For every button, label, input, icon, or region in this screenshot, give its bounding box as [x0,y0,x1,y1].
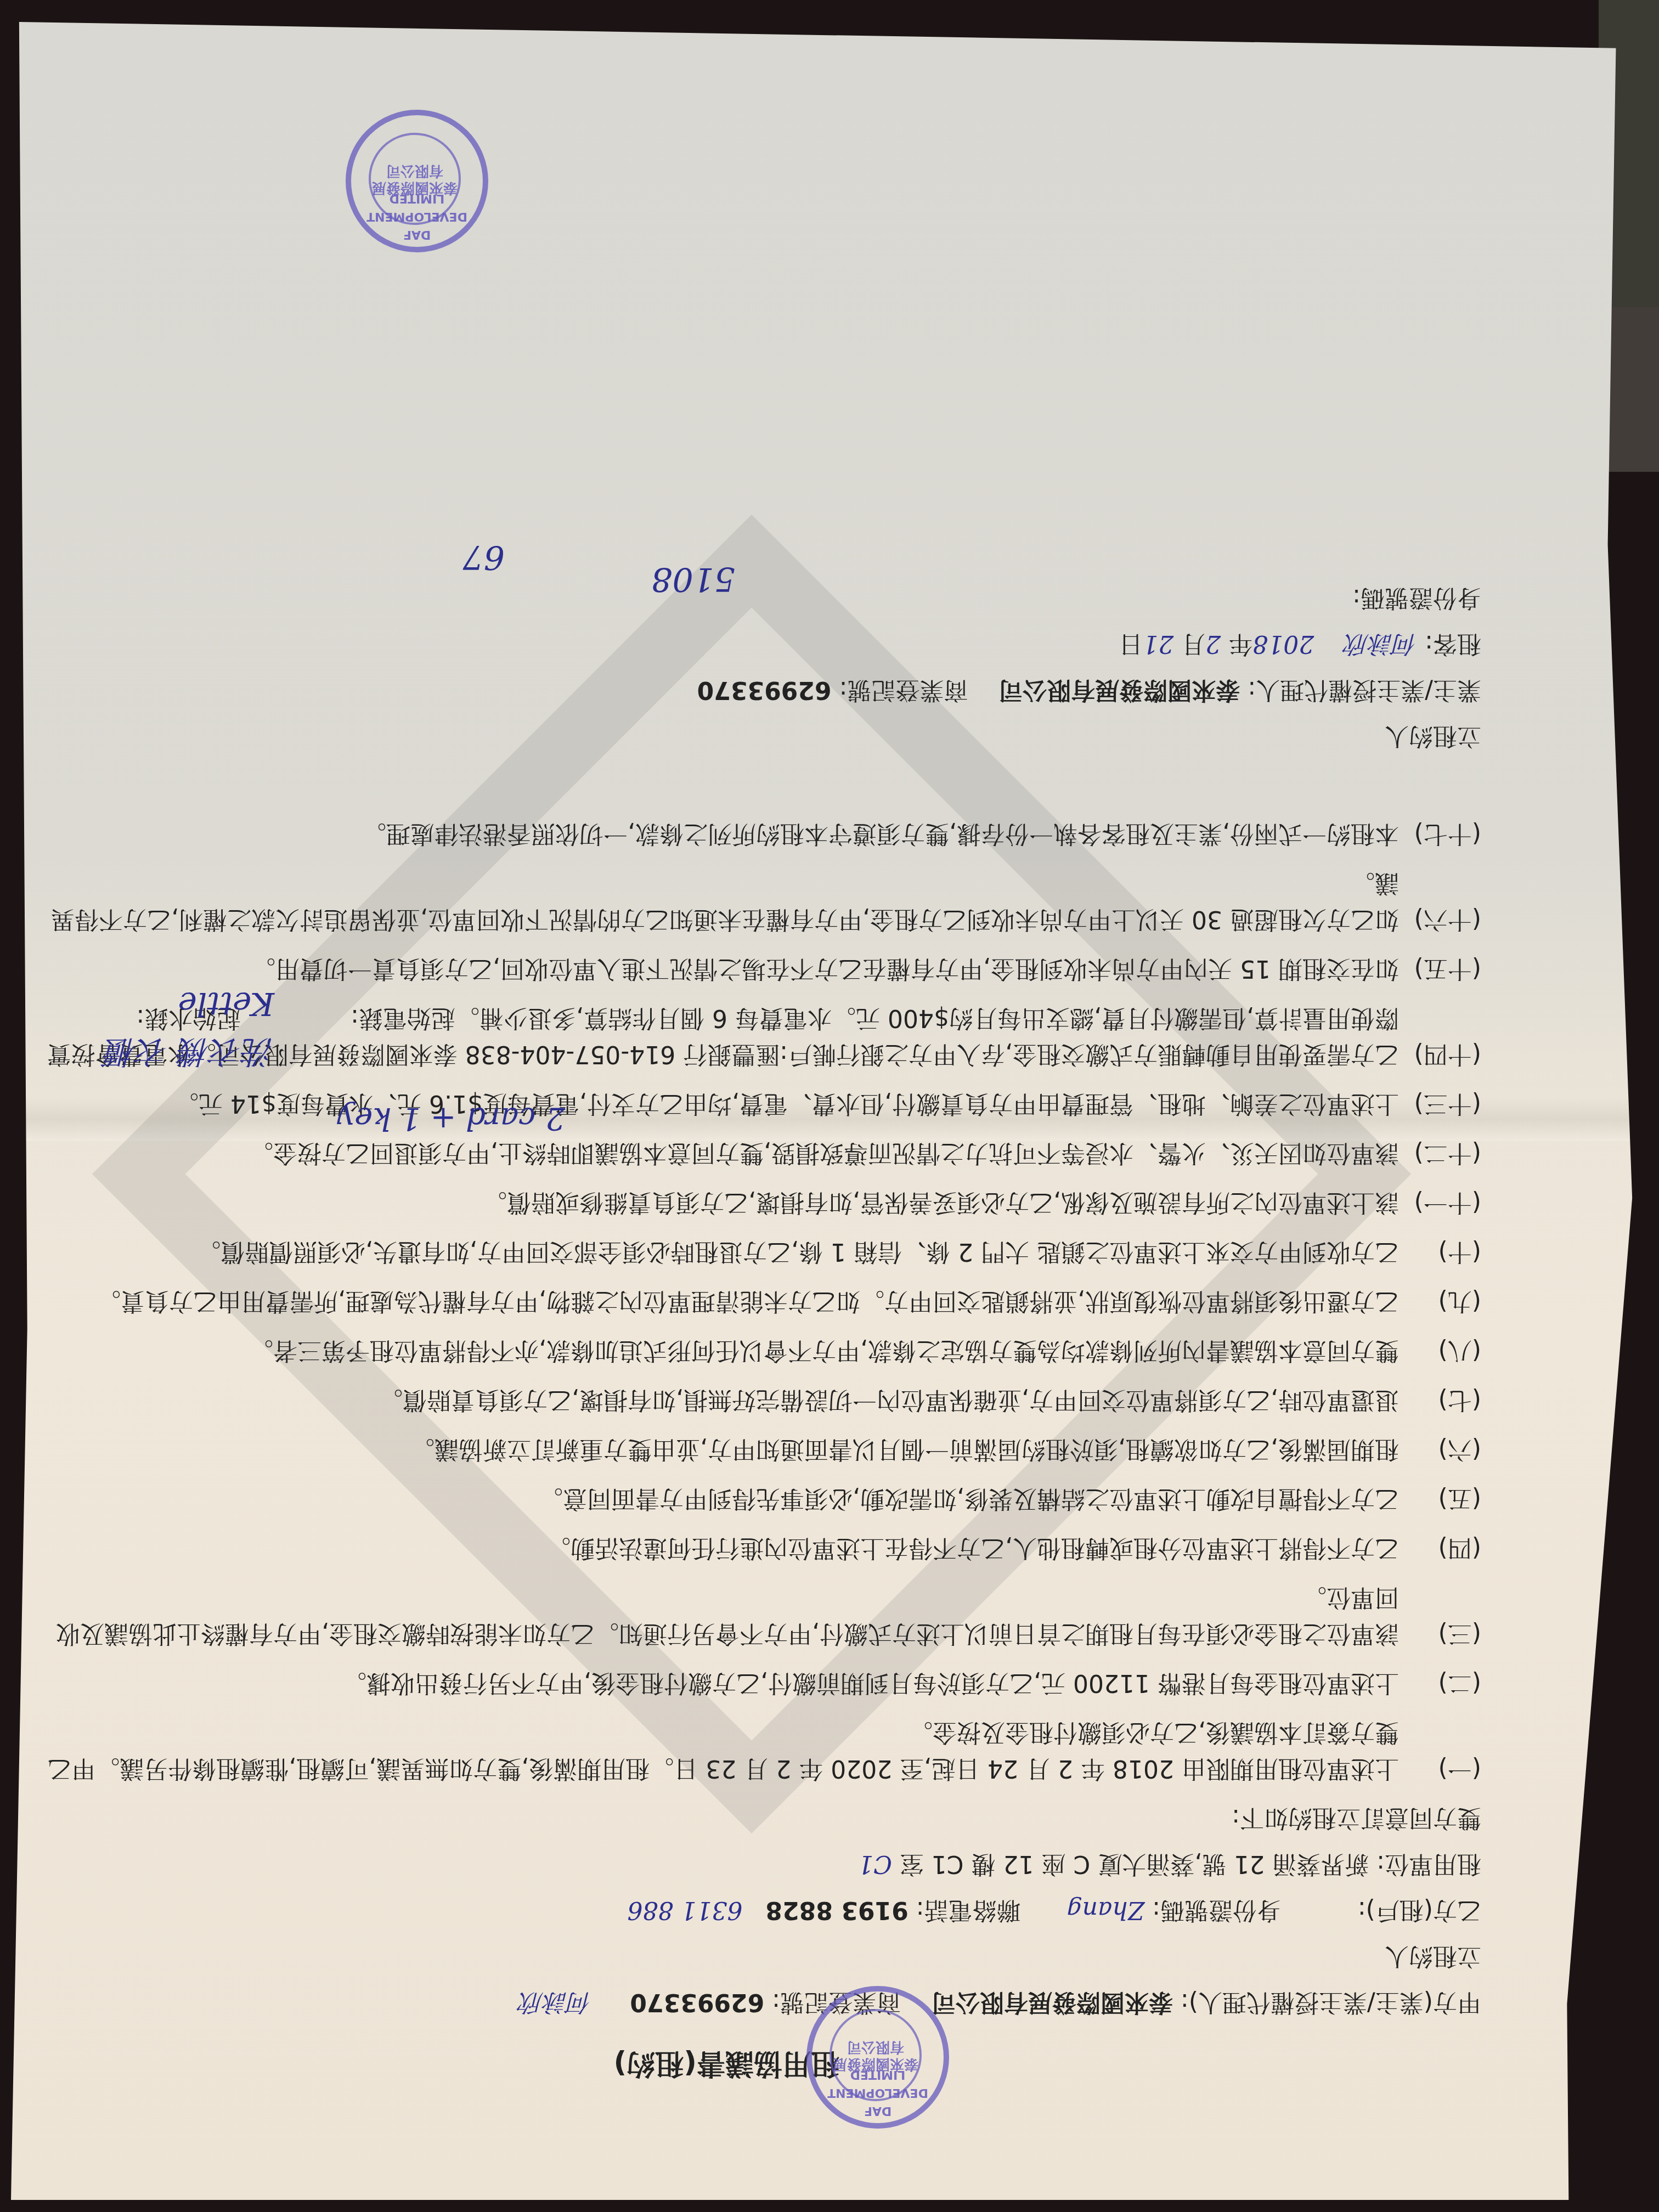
clause-item: (九)乙方遷出後須將單位恢復原狀,並將鎖匙交回甲方。如乙方未能清理單位內之雜物,… [44,1283,1481,1319]
clause-number: (八) [1438,1332,1481,1368]
clause-text: 如乙方欠租超過 30 天以上甲方尚未收到乙方租金,甲方有權在未通知乙方的情況下收… [50,869,1399,933]
phone-label: 聯絡電話: [916,1896,1021,1924]
clauses-list: (一)上述單位租用期限由 2018 年 2 月 24 日起,至 2020 年 2… [44,815,1580,1786]
sig-business-reg-label: 商業登記號: [839,676,968,704]
clause-text: 該單位如因天災、火警、水浸等不可抗力之情況而導致損毀,雙方同意本協議即時終止,甲… [249,1139,1399,1167]
clause-number: (十三) [1414,1085,1481,1121]
stamp-inner-text: 泰來國際發展有限公司 [830,2009,922,2101]
clause-number: (十一) [1414,1184,1481,1220]
clause-number: (七) [1438,1381,1481,1418]
clause-text: 租期屆滿後,乙方如欲續租,須於租約屆滿前一個月以書面通知甲方,並由雙方重新訂立新… [410,1435,1399,1463]
clause-number: (十四) [1414,1036,1481,1072]
id-number-handwritten: 6311 886 [628,1896,743,1924]
clause-text: 如在交租期 15 天內甲方尚未收到租金,甲方有權在乙方不在場之情況下進入單位收回… [251,955,1399,983]
clause-number: (六) [1438,1431,1481,1467]
signatory-label: 立租約人 [1385,1942,1481,1970]
electric-meter-reading: 5108 [651,554,735,603]
unit-label: 租用單位: [1376,1850,1481,1878]
clause-number: (十) [1438,1233,1481,1269]
party-a-name: 泰來國際發展有限公司 [932,1988,1173,2016]
clause-text: 乙方不得擅自改動上述單位之結構及裝修,如需改動,必須事先得到甲方書面同意。 [539,1485,1399,1513]
party-b-row: 乙方(租戶): 身份證號碼: Zhang 聯絡電話: 9193 8828 631… [44,1892,1481,1928]
sig-party-a-row: 業主/業主授權代理人: 泰來國際發展有限公司 商業登記號: 62993370 [44,672,1481,708]
clause-item: (六)租期屆滿後,乙方如欲續租,須於租約屆滿前一個月以書面通知甲方,並由雙方重新… [44,1431,1481,1467]
party-b-label: 乙方(租戶): [1358,1896,1481,1924]
agreement-intro: 雙方同意訂立租約如下: [44,1799,1481,1836]
clause-text: 本租約一式兩份,業主及租客各執一份存據,雙方須遵守本租約所列之條款,一切依照香港… [362,820,1399,848]
clause-item: (三)該單位之租金必須在每月租期之首日前以上述方式繳付,甲方不會另行通知。乙方如… [44,1579,1481,1651]
signature-block: 立租約人 業主/業主授權代理人: 泰來國際發展有限公司 商業登記號: 62993… [44,579,1481,754]
sign-day: 21 [1143,630,1173,658]
party-a-label: 甲方(業主/業主授權代理人): [1181,1988,1481,2016]
tenant-label: 租客: [1425,630,1481,658]
business-reg-no: 62993370 [630,1988,764,2016]
company-stamp: DAF DEVELOPMENT LIMITED 泰來國際發展有限公司 [346,110,488,252]
clause-number: (十七) [1414,815,1481,851]
clause-text: 乙方收到甲方交來上述單位之鎖匙 大門 2 條、信箱 1 條,乙方退租時必須全部交… [196,1238,1399,1266]
unit-address: 新界葵涌 21 號,葵涌大廈 C 座 12 樓 C1 室 [900,1850,1369,1878]
sign-month: 2 [1205,630,1221,658]
signatory-row: 立租約人 [44,1938,1481,1974]
clause-item: (五)乙方不得擅自改動上述單位之結構及裝修,如需改動,必須事先得到甲方書面同意。 [44,1480,1481,1516]
clause-item: (十三)上述單位之差餉、地租、管理費由甲方負責繳付,但水費、電費,均由乙方支付,… [44,1085,1481,1121]
clause-text: 上述單位租金每月港幣 11200 元,乙方須於每月到期前繳付,乙方繳付租金後,甲… [342,1669,1399,1697]
clause-item: (八)雙方同意本協議書內所列條款均為雙方協定之條款,甲方不會以任何形式追加條款,… [44,1332,1481,1368]
clause-number: (一) [1438,1750,1481,1786]
clause-item: (十二)該單位如因天災、火警、水浸等不可抗力之情況而導致損毀,雙方同意本協議即時… [44,1135,1481,1171]
clause-item: (十七)本租約一式兩份,業主及租客各執一份存據,雙方須遵守本租約所列之條款,一切… [44,815,1481,851]
clause-number: (九) [1438,1283,1481,1319]
clause-text: 退還單位時,乙方須將單位交回甲方,並確保單位內一切設備完好無損,如有損壞,乙方須… [379,1386,1399,1414]
clause-text: 雙方同意本協議書內所列條款均為雙方協定之條款,甲方不會以任何形式追加條款,亦不得… [249,1336,1399,1364]
tenant-signature: Zhang [1066,1896,1144,1924]
clause-item: (十一)該上述單位內之所有設施及傢俬,乙方必須妥善保管,如有損壞,乙方須負責維修… [44,1184,1481,1220]
document-title: 租用協議書(租約) [44,2042,839,2085]
unit-row: 租用單位: 新界葵涌 21 號,葵涌大廈 C 座 12 樓 C1 室 C1 [44,1846,1481,1882]
clause-item: (七)退還單位時,乙方須將單位交回甲方,並確保單位內一切設備完好無損,如有損壞,… [44,1381,1481,1418]
clause-text: 乙方不得將上述單位分租或轉租他人,乙方不得在上述單位內進行任何違法活動。 [546,1534,1399,1562]
clause-number: (十六) [1414,901,1481,937]
sig-business-reg-no: 62993370 [697,676,832,704]
sign-day-label: 日 [1119,630,1143,658]
clause-item: (二)上述單位租金每月港幣 11200 元,乙方須於每月到期前繳付,乙方繳付租金… [44,1664,1481,1701]
id-label: 身份證號碼: [1152,1896,1281,1924]
clause-item: (十六)如乙方欠租超過 30 天以上甲方尚未收到乙方租金,甲方有權在未通知乙方的… [44,865,1481,937]
landlord-signature: 何詠欣 [1345,630,1417,658]
clause-number: (三) [1438,1615,1481,1651]
clause-number: (十二) [1414,1135,1481,1171]
clause-number: (四) [1438,1530,1481,1566]
clause-number: (二) [1438,1664,1481,1701]
sig-id-label: 身份證號碼: [1352,584,1481,612]
clause-text: 乙方遷出後須將單位恢復原狀,並將鎖匙交回甲方。如乙方未能清理單位內之雜物,甲方有… [97,1287,1399,1315]
sig-party-a-name: 泰來國際發展有限公司 [998,676,1240,704]
sign-year: 2018 [1252,630,1314,658]
clause-text: 該單位之租金必須在每月租期之首日前以上述方式繳付,甲方不會另行通知。乙方如未能按… [56,1583,1399,1647]
appliances-handwritten-note: 洗衣機 衣櫃 Kettle [93,980,274,1075]
clause-number: (五) [1438,1480,1481,1516]
tenant-sign-row: 租客: 何詠欣 2018年 2月 21日 [44,625,1481,662]
lessor-label: 立租約人 [44,718,1481,754]
sig-party-a-label: 業主/業主授權代理人: [1248,676,1481,704]
party-a-row: 甲方(業主/業主授權代理人): 泰來國際發展有限公司 商業登記號: 629933… [44,1984,1481,2020]
unit-room-handwritten: C1 [858,1850,892,1878]
clause-text: 上述單位租用期限由 2018 年 2 月 24 日起,至 2020 年 2 月 … [47,1718,1399,1782]
clause-number: (十五) [1414,950,1481,986]
landlord-signature-mark: 何詠欣 [519,1988,591,2016]
clause-item: (四)乙方不得將上述單位分租或轉租他人,乙方不得在上述單位內進行任何違法活動。 [44,1530,1481,1566]
water-meter-reading: 67 [463,532,505,582]
sig-id-row: 身份證號碼: [44,579,1481,616]
stamp-inner-text: 泰來國際發展有限公司 [369,133,461,225]
lease-document: 租用協議書(租約) 甲方(業主/業主授權代理人): 泰來國際發展有限公司 商業登… [44,44,1580,2162]
clause-text: 該上述單位內之所有設施及傢俬,乙方必須妥善保管,如有損壞,乙方須負責維修或賠償。 [483,1188,1399,1216]
company-stamp: DAF DEVELOPMENT LIMITED 泰來國際發展有限公司 [806,1986,949,2129]
parties-section: 甲方(業主/業主授權代理人): 泰來國際發展有限公司 商業登記號: 629933… [44,1799,1481,2020]
clause-item: (一)上述單位租用期限由 2018 年 2 月 24 日起,至 2020 年 2… [44,1714,1481,1786]
sign-month-label: 月 [1181,630,1205,658]
sign-year-label: 年 [1228,630,1252,658]
clause-item: (十)乙方收到甲方交來上述單位之鎖匙 大門 2 條、信箱 1 條,乙方退租時必須… [44,1233,1481,1269]
keys-handwritten-note: 2 card + 1 key [337,1095,565,1141]
phone-number: 9193 8828 [765,1896,908,1924]
